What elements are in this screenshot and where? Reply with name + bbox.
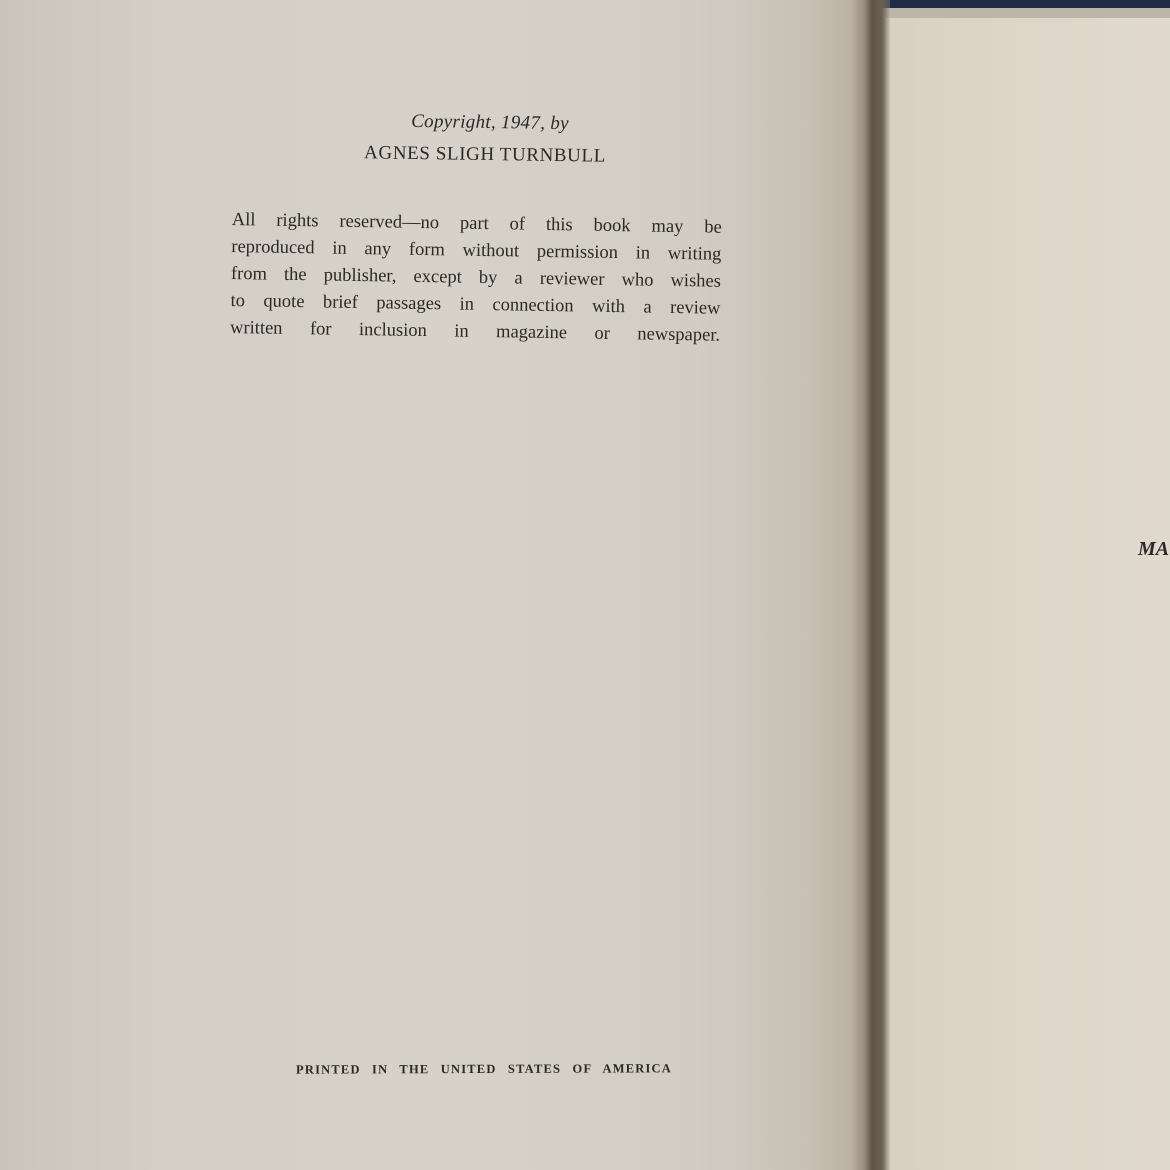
right-page [885, 18, 1170, 1170]
printed-in-notice: PRINTED IN THE UNITED STATES OF AMERICA [296, 1061, 672, 1077]
rights-reserved-paragraph: All rights reserved—no part of this book… [230, 207, 722, 350]
copyright-notice: Copyright, 1947, by [330, 110, 650, 136]
book-cover-edge [880, 0, 1170, 20]
book-gutter [850, 0, 890, 1170]
right-page-text-fragment: MA [1138, 538, 1169, 561]
left-page [0, 0, 868, 1170]
